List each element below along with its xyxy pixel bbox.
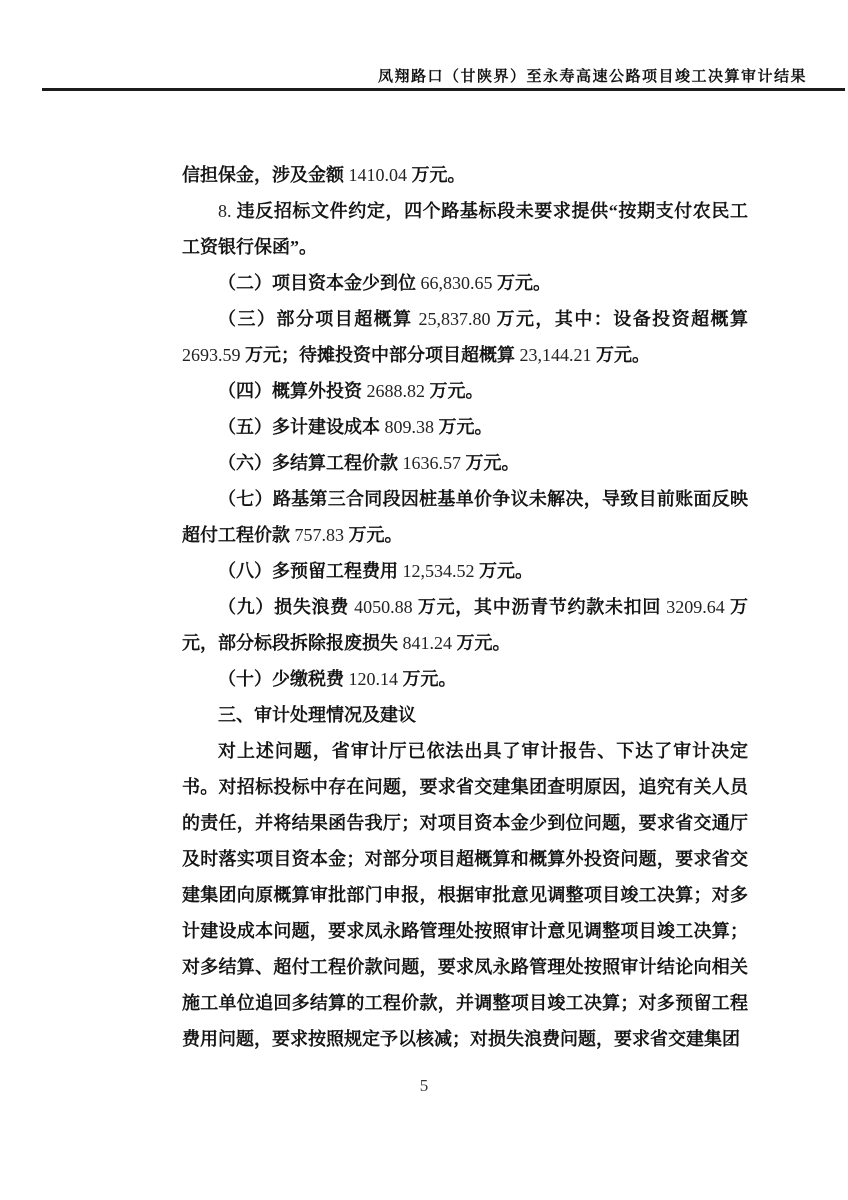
- numeric-value: 809.38: [385, 417, 435, 437]
- numeric-value: 2693.59: [182, 345, 241, 365]
- paragraph: （五）多计建设成本 809.38 万元。: [182, 409, 748, 445]
- paragraph: （九）损失浪费 4050.88 万元，其中沥青节约款未扣回 3209.64 万元…: [182, 589, 748, 661]
- paragraph: （二）项目资本金少到位 66,830.65 万元。: [182, 265, 748, 301]
- numeric-value: 4050.88: [354, 597, 413, 617]
- numeric-value: 841.24: [403, 633, 453, 653]
- header-title: 凤翔路口（甘陕界）至永寿高速公路项目竣工决算审计结果: [378, 65, 807, 86]
- numeric-value: 25,837.80: [419, 309, 491, 329]
- section-heading: 三、审计处理情况及建议: [182, 697, 748, 733]
- paragraph: （四）概算外投资 2688.82 万元。: [182, 373, 748, 409]
- paragraph: 对上述问题，省审计厅已依法出具了审计报告、下达了审计决定书。对招标投标中存在问题…: [182, 733, 748, 1057]
- paragraph: 8. 违反招标文件约定，四个路基标段未要求提供“按期支付农民工工资银行保函”。: [182, 193, 748, 265]
- numeric-value: 8.: [218, 201, 232, 221]
- numeric-value: 66,830.65: [421, 273, 493, 293]
- header-rule: [42, 88, 845, 91]
- paragraph: （三）部分项目超概算 25,837.80 万元，其中：设备投资超概算 2693.…: [182, 301, 748, 373]
- paragraph: （十）少缴税费 120.14 万元。: [182, 661, 748, 697]
- paragraph: （八）多预留工程费用 12,534.52 万元。: [182, 553, 748, 589]
- page-number: 5: [0, 1076, 848, 1096]
- document-body: 信担保金，涉及金额 1410.04 万元。8. 违反招标文件约定，四个路基标段未…: [182, 157, 748, 1057]
- numeric-value: 12,534.52: [403, 561, 475, 581]
- paragraph: （七）路基第三合同段因桩基单价争议未解决，导致目前账面反映超付工程价款 757.…: [182, 481, 748, 553]
- numeric-value: 1410.04: [349, 165, 408, 185]
- paragraph: （六）多结算工程价款 1636.57 万元。: [182, 445, 748, 481]
- numeric-value: 120.14: [349, 669, 399, 689]
- numeric-value: 2688.82: [367, 381, 426, 401]
- numeric-value: 23,144.21: [520, 345, 592, 365]
- numeric-value: 1636.57: [403, 453, 462, 473]
- numeric-value: 757.83: [295, 525, 345, 545]
- document-page: 凤翔路口（甘陕界）至永寿高速公路项目竣工决算审计结果 信担保金，涉及金额 141…: [0, 0, 848, 1200]
- numeric-value: 3209.64: [666, 597, 725, 617]
- paragraph: 信担保金，涉及金额 1410.04 万元。: [182, 157, 748, 193]
